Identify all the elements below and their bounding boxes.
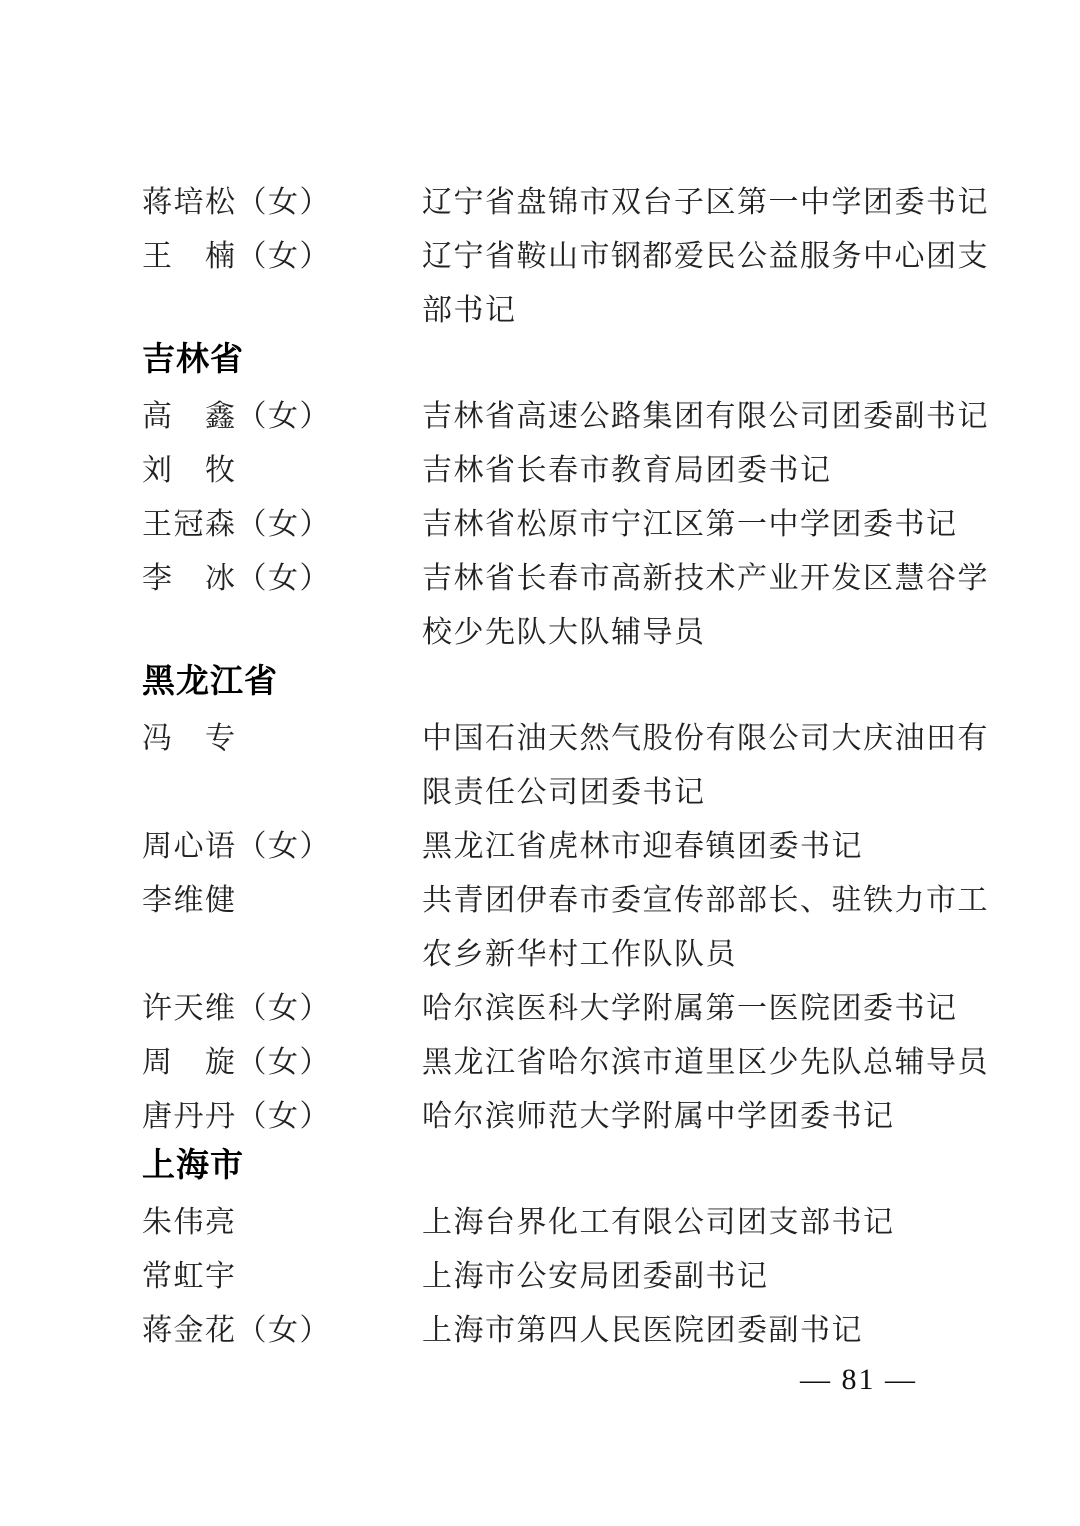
- entry-row: 朱伟亮上海台界化工有限公司团支部书记: [142, 1192, 1000, 1246]
- entry-continuation-row: 部书记: [142, 280, 1000, 334]
- entry-name: 许天维（女）: [142, 983, 422, 1027]
- entry-continuation-row: 农乡新华村工作队队员: [142, 924, 1000, 978]
- entry-title: 共青团伊春市委宣传部部长、驻铁力市工: [422, 875, 1000, 919]
- entry-title: 部书记: [422, 285, 1000, 329]
- entry-name: 唐丹丹（女）: [142, 1091, 422, 1135]
- entry-continuation-row: 校少先队大队辅导员: [142, 602, 1000, 656]
- document-page: 蒋培松（女）辽宁省盘锦市双台子区第一中学团委书记王 楠（女）辽宁省鞍山市钢都爱民…: [0, 0, 1080, 1526]
- entry-row: 高 鑫（女）吉林省高速公路集团有限公司团委副书记: [142, 386, 1000, 440]
- entry-title: 黑龙江省虎林市迎春镇团委书记: [422, 821, 1000, 865]
- entry-title: 农乡新华村工作队队员: [422, 929, 1000, 973]
- entry-title: 哈尔滨医科大学附属第一医院团委书记: [422, 983, 1000, 1027]
- entry-row: 王冠森（女）吉林省松原市宁江区第一中学团委书记: [142, 494, 1000, 548]
- entry-title: 上海市第四人民医院团委副书记: [422, 1305, 1000, 1349]
- entry-name: 王冠森（女）: [142, 499, 422, 543]
- province-heading-text: 吉林省: [142, 333, 244, 380]
- entry-name: 高 鑫（女）: [142, 391, 422, 435]
- entry-row: 刘 牧吉林省长春市教育局团委书记: [142, 440, 1000, 494]
- page-number: — 81 —: [800, 1363, 917, 1397]
- entry-name: 蒋培松（女）: [142, 177, 422, 221]
- entry-name: 刘 牧: [142, 445, 422, 489]
- entry-title: 吉林省高速公路集团有限公司团委副书记: [422, 391, 1000, 435]
- entry-row: 王 楠（女）辽宁省鞍山市钢都爱民公益服务中心团支: [142, 226, 1000, 280]
- province-heading-text: 上海市: [142, 1139, 244, 1186]
- entry-title: 辽宁省鞍山市钢都爱民公益服务中心团支: [422, 231, 1000, 275]
- entry-row: 蒋培松（女）辽宁省盘锦市双台子区第一中学团委书记: [142, 172, 1000, 226]
- entry-row: 周 旋（女）黑龙江省哈尔滨市道里区少先队总辅导员: [142, 1032, 1000, 1086]
- entry-row: 唐丹丹（女）哈尔滨师范大学附属中学团委书记: [142, 1086, 1000, 1140]
- entry-row: 蒋金花（女）上海市第四人民医院团委副书记: [142, 1300, 1000, 1354]
- entry-continuation-row: 限责任公司团委书记: [142, 762, 1000, 816]
- entry-name: 常虹宇: [142, 1251, 422, 1295]
- entry-row: 许天维（女）哈尔滨医科大学附属第一医院团委书记: [142, 978, 1000, 1032]
- entry-name: 冯 专: [142, 713, 422, 757]
- entry-title: 吉林省松原市宁江区第一中学团委书记: [422, 499, 1000, 543]
- province-heading: 黑龙江省: [142, 649, 1000, 708]
- entry-title: 吉林省长春市教育局团委书记: [422, 445, 1000, 489]
- entry-row: 李 冰（女）吉林省长春市高新技术产业开发区慧谷学: [142, 548, 1000, 602]
- award-list: 蒋培松（女）辽宁省盘锦市双台子区第一中学团委书记王 楠（女）辽宁省鞍山市钢都爱民…: [142, 172, 1000, 1354]
- entry-title: 吉林省长春市高新技术产业开发区慧谷学: [422, 553, 1000, 597]
- entry-name: 周心语（女）: [142, 821, 422, 865]
- entry-title: 上海台界化工有限公司团支部书记: [422, 1197, 1000, 1241]
- province-heading: 吉林省: [142, 327, 1000, 386]
- entry-row: 周心语（女）黑龙江省虎林市迎春镇团委书记: [142, 816, 1000, 870]
- entry-title: 哈尔滨师范大学附属中学团委书记: [422, 1091, 1000, 1135]
- province-heading-text: 黑龙江省: [142, 655, 278, 702]
- province-heading: 上海市: [142, 1133, 1000, 1192]
- entry-title: 中国石油天然气股份有限公司大庆油田有: [422, 713, 1000, 757]
- entry-name: 周 旋（女）: [142, 1037, 422, 1081]
- entry-name: 李 冰（女）: [142, 553, 422, 597]
- entry-title: 辽宁省盘锦市双台子区第一中学团委书记: [422, 177, 1000, 221]
- entry-row: 李维健共青团伊春市委宣传部部长、驻铁力市工: [142, 870, 1000, 924]
- entry-name: 蒋金花（女）: [142, 1305, 422, 1349]
- entry-title: 限责任公司团委书记: [422, 767, 1000, 811]
- entry-title: 校少先队大队辅导员: [422, 607, 1000, 651]
- entry-title: 黑龙江省哈尔滨市道里区少先队总辅导员: [422, 1037, 1000, 1081]
- entry-name: 李维健: [142, 875, 422, 919]
- entry-name: 王 楠（女）: [142, 231, 422, 275]
- entry-title: 上海市公安局团委副书记: [422, 1251, 1000, 1295]
- entry-name: 朱伟亮: [142, 1197, 422, 1241]
- entry-row: 冯 专中国石油天然气股份有限公司大庆油田有: [142, 708, 1000, 762]
- entry-row: 常虹宇上海市公安局团委副书记: [142, 1246, 1000, 1300]
